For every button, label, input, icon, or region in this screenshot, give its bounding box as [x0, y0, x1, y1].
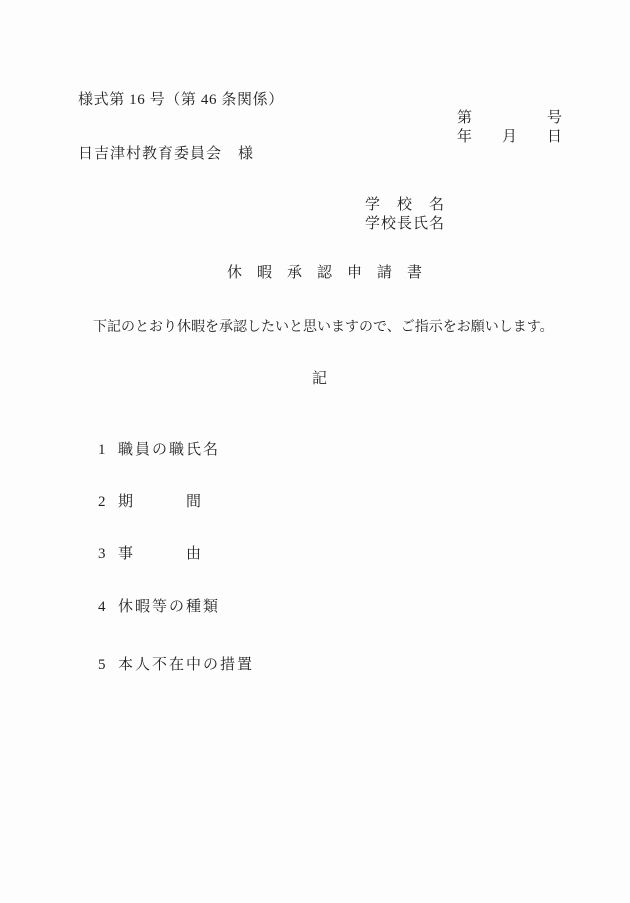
list-item: 4休暇等の種類	[83, 582, 220, 633]
item-label: 期 間	[118, 494, 203, 510]
date-month-label: 月	[502, 129, 518, 146]
date-day-label: 日	[547, 129, 563, 146]
item-number: 1	[98, 442, 118, 459]
list-item: 3事 由	[83, 529, 203, 580]
record-marker: 記	[312, 371, 328, 388]
principal-name-label: 学校長氏名	[365, 216, 445, 233]
list-item: 1職員の職氏名	[83, 425, 220, 476]
document-page: 様式第 16 号（第 46 条関係） 第 号 年 月 日 日吉津村教育委員会 様…	[0, 0, 630, 903]
date-year-label: 年	[457, 129, 473, 146]
doc-number-prefix: 第	[457, 110, 473, 127]
document-title: 休 暇 承 認 申 請 書	[227, 265, 422, 282]
item-label: 事 由	[118, 546, 203, 562]
addressee-line: 日吉津村教育委員会 様	[78, 146, 254, 163]
item-label: 職員の職氏名	[118, 442, 220, 458]
doc-number-suffix: 号	[547, 110, 563, 127]
list-item: 5本人不在中の措置	[83, 640, 254, 691]
list-item: 2期 間	[83, 477, 203, 528]
item-number: 4	[98, 599, 118, 616]
school-name-label: 学 校 名	[365, 197, 445, 214]
form-number-line: 様式第 16 号（第 46 条関係）	[78, 92, 284, 109]
item-number: 5	[98, 657, 118, 674]
body-text: 下記のとおり休暇を承認したいと思いますので、ご指示をお願いします。	[93, 319, 554, 336]
item-label: 休暇等の種類	[118, 599, 220, 615]
item-number: 3	[98, 546, 118, 563]
item-label: 本人不在中の措置	[118, 657, 254, 673]
item-number: 2	[98, 494, 118, 511]
